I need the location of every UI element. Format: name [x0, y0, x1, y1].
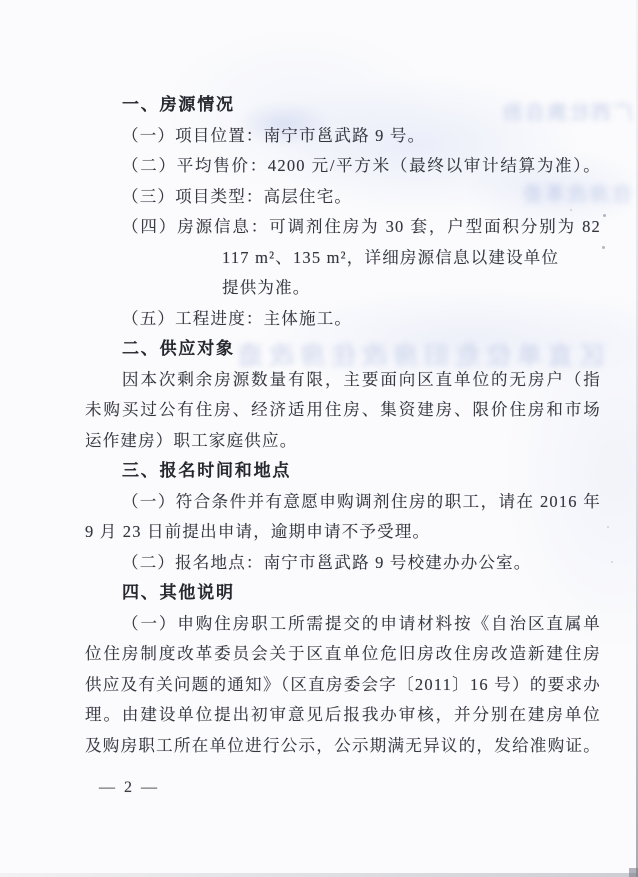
scan-speckle: [603, 214, 606, 217]
doc-line-supply-target-2: 未购买过公有住房、经济适用住房、集资建房、限价住房和市场: [85, 395, 601, 426]
doc-line-other-notes-3: 供应及有关问题的通知》（区直房委会字〔2011〕16 号）的要求办: [85, 670, 601, 701]
doc-line-other-notes-4: 理。由建设单位提出初审意见后报我办审核，并分别在建房单位: [85, 700, 601, 731]
doc-line-registration-place: （二）报名地点：南宁市邕武路 9 号校建办办公室。: [85, 548, 601, 579]
scan-speckle: [611, 561, 613, 563]
doc-line-registration-time-2: 9 月 23 日前提出申请，逾期申请不予受理。: [85, 517, 601, 548]
doc-line-registration-time-1: （一）符合条件并有意愿申购调剂住房的职工，请在 2016 年: [85, 487, 601, 518]
doc-line-other-notes-1: （一）申购住房职工所需提交的申请材料按《自治区直属单: [85, 609, 601, 640]
section-heading-supply-target: 二、供应对象: [85, 334, 601, 365]
doc-line-average-price: （二）平均售价：4200 元/平方米（最终以审计结算为准）。: [85, 151, 601, 182]
doc-line-project-location: （一）项目位置：南宁市邕武路 9 号。: [85, 121, 601, 152]
page-number: — 2 —: [85, 773, 601, 804]
doc-line-project-type: （三）项目类型：高层住宅。: [85, 182, 601, 213]
scanned-document-page: 广西壮族自治 住房改革委 区直单位危旧房改住房改造 一、房源情况 （一）项目位置…: [0, 0, 638, 877]
section-heading-registration: 三、报名时间和地点: [85, 456, 601, 487]
scan-speckle: [607, 526, 609, 528]
scan-speckle: [570, 209, 572, 211]
doc-line-other-notes-2: 位住房制度改革委员会关于区直单位危旧房改住房改造新建住房: [85, 639, 601, 670]
doc-line-housing-detail-3: 提供为准。: [85, 273, 601, 304]
doc-line-housing-detail-1: （四）房源信息：可调剂住房为 30 套，户型面积分别为 82 m²、: [85, 212, 601, 243]
doc-line-construction-progress: （五）工程进度：主体施工。: [85, 304, 601, 335]
section-heading-housing-info: 一、房源情况: [85, 90, 601, 121]
scan-corner-shadow: [629, 868, 638, 877]
scan-speckle: [602, 246, 605, 249]
scan-edge-bottom: [0, 873, 638, 877]
doc-line-supply-target-1: 因本次剩余房源数量有限，主要面向区直单位的无房户（指: [85, 365, 601, 396]
doc-line-housing-detail-2: 117 m²、135 m²，详细房源信息以建设单位: [85, 243, 601, 274]
doc-line-supply-target-3: 运作建房）职工家庭供应。: [85, 426, 601, 457]
section-heading-other-notes: 四、其他说明: [85, 578, 601, 609]
document-text-column: 一、房源情况 （一）项目位置：南宁市邕武路 9 号。 （二）平均售价：4200 …: [85, 90, 601, 804]
doc-line-other-notes-5: 及购房职工所在单位进行公示，公示期满无异议的，发给准购证。: [85, 731, 601, 762]
